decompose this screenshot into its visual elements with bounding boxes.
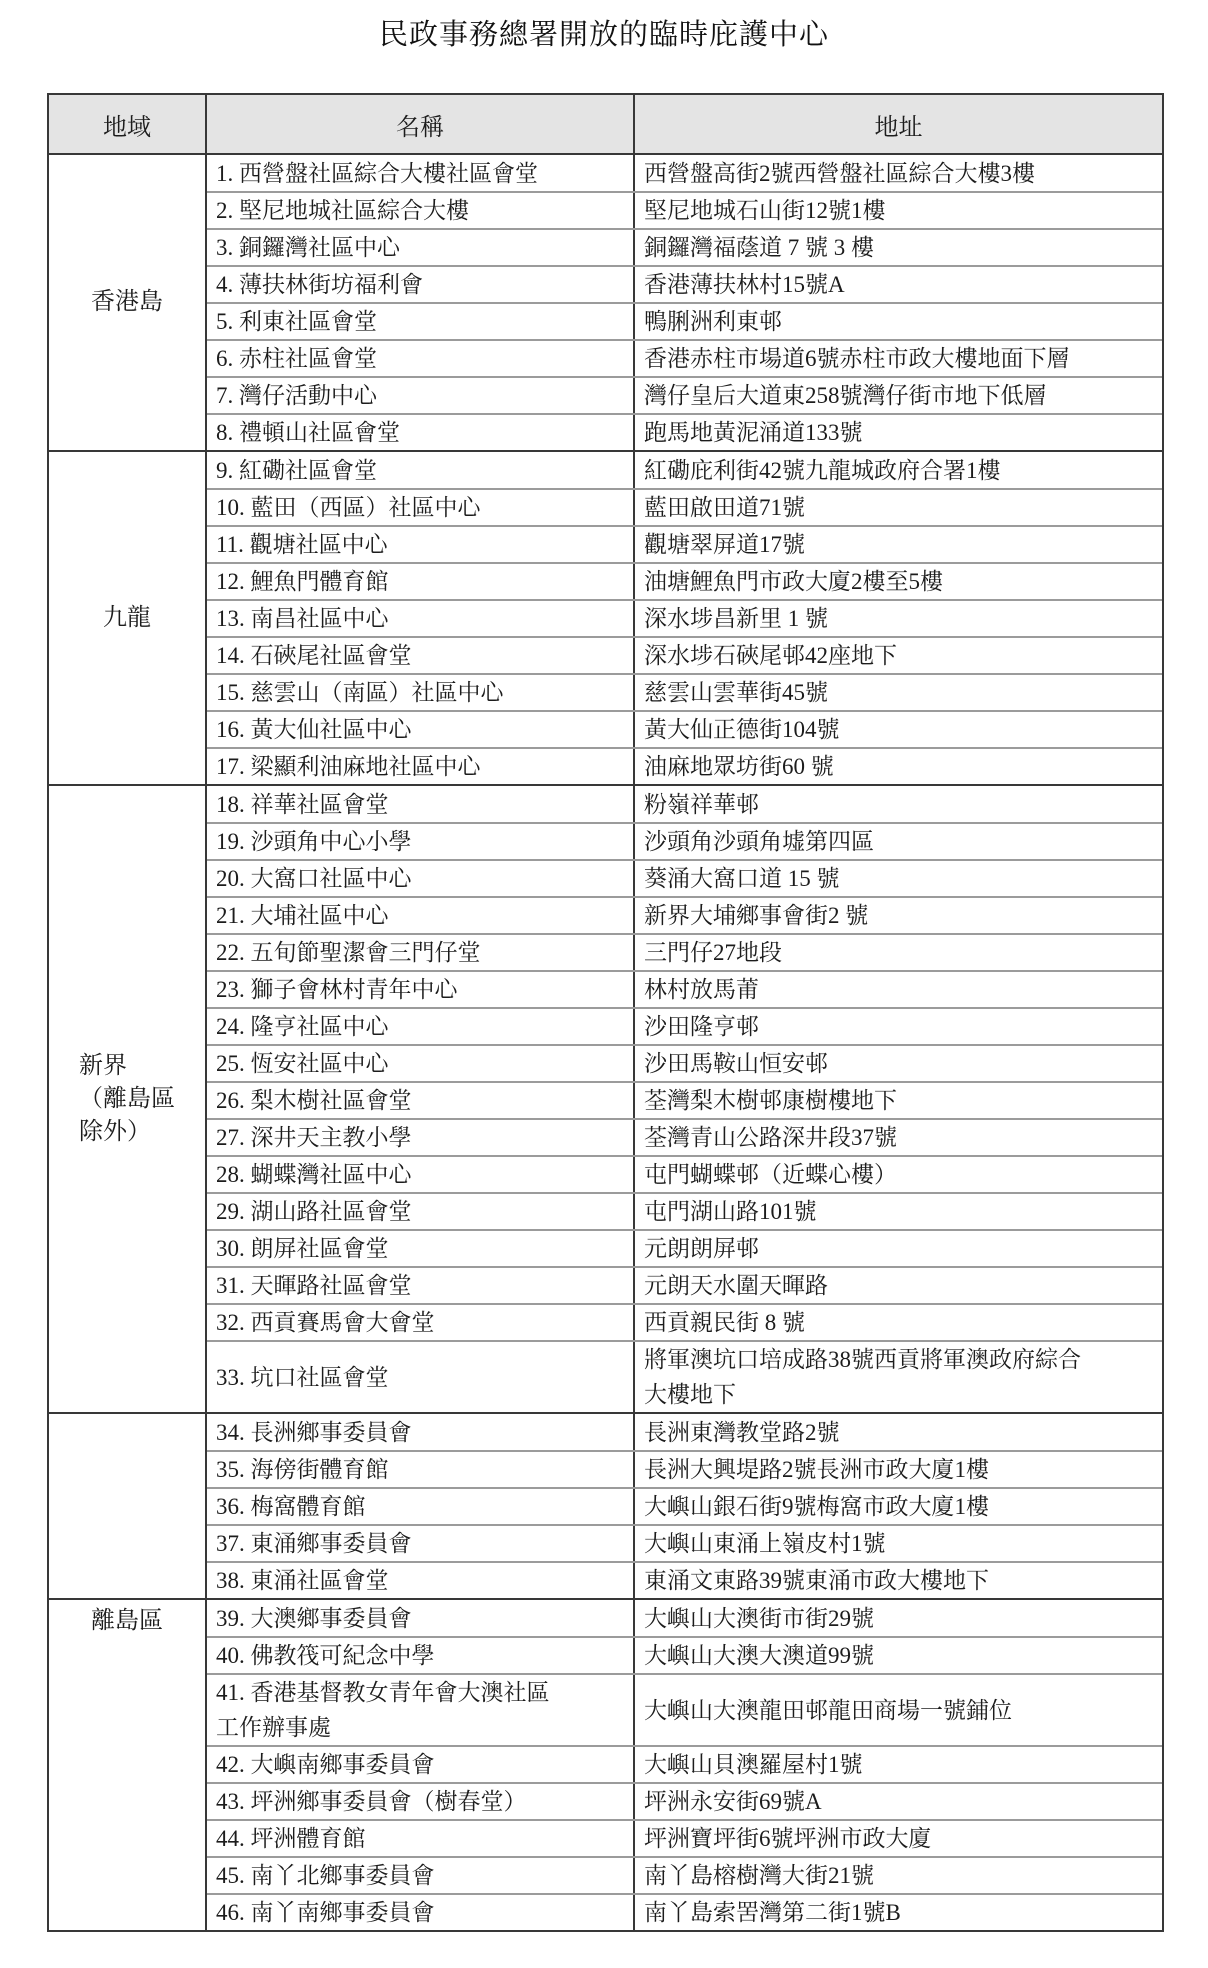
table-row: 35. 海傍街體育館長洲大興堤路2號長洲市政大廈1樓 xyxy=(207,1450,1162,1487)
address-cell: 元朗朗屏邨 xyxy=(635,1231,1162,1266)
table-row: 7. 灣仔活動中心灣仔皇后大道東258號灣仔街市地下低層 xyxy=(207,376,1162,413)
table-row: 19. 沙頭角中心小學沙頭角沙頭角墟第四區 xyxy=(207,822,1162,859)
table-row: 11. 觀塘社區中心觀塘翠屏道17號 xyxy=(207,525,1162,562)
name-cell: 41. 香港基督教女青年會大澳社區 工作辦事處 xyxy=(207,1675,635,1745)
address-cell: 坪洲永安街69號A xyxy=(635,1784,1162,1819)
address-cell: 香港赤柱市場道6號赤柱市政大樓地面下層 xyxy=(635,341,1162,376)
section-kowloon: 九龍 9. 紅磡社區會堂紅磡庇利街42號九龍城政府合署1樓 10. 藍田（西區）… xyxy=(49,450,1162,784)
name-cell: 46. 南丫南鄉事委員會 xyxy=(207,1895,635,1930)
table-row: 16. 黃大仙社區中心黃大仙正德街104號 xyxy=(207,710,1162,747)
table-row: 30. 朗屏社區會堂元朗朗屏邨 xyxy=(207,1229,1162,1266)
table-row: 6. 赤柱社區會堂香港赤柱市場道6號赤柱市政大樓地面下層 xyxy=(207,339,1162,376)
header-cell-name: 名稱 xyxy=(207,95,635,153)
address-cell: 觀塘翠屏道17號 xyxy=(635,527,1162,562)
name-cell: 19. 沙頭角中心小學 xyxy=(207,824,635,859)
table-row: 20. 大窩口社區中心葵涌大窩口道 15 號 xyxy=(207,859,1162,896)
table-row: 17. 梁顯利油麻地社區中心油麻地眾坊街60 號 xyxy=(207,747,1162,784)
header-cell-address: 地址 xyxy=(635,95,1162,153)
name-cell: 16. 黃大仙社區中心 xyxy=(207,712,635,747)
address-cell: 林村放馬莆 xyxy=(635,972,1162,1007)
address-cell: 粉嶺祥華邨 xyxy=(635,786,1162,822)
name-cell: 13. 南昌社區中心 xyxy=(207,601,635,636)
address-cell: 藍田啟田道71號 xyxy=(635,490,1162,525)
address-cell: 深水埗昌新里 1 號 xyxy=(635,601,1162,636)
name-cell: 43. 坪洲鄉事委員會（樹春堂） xyxy=(207,1784,635,1819)
name-cell: 2. 堅尼地城社區綜合大樓 xyxy=(207,193,635,228)
address-cell: 油塘鯉魚門市政大廈2樓至5樓 xyxy=(635,564,1162,599)
table-row: 13. 南昌社區中心深水埗昌新里 1 號 xyxy=(207,599,1162,636)
address-cell: 南丫島榕樹灣大街21號 xyxy=(635,1858,1162,1893)
name-cell: 6. 赤柱社區會堂 xyxy=(207,341,635,376)
name-cell: 3. 銅鑼灣社區中心 xyxy=(207,230,635,265)
name-cell: 45. 南丫北鄉事委員會 xyxy=(207,1858,635,1893)
address-cell: 大嶼山貝澳羅屋村1號 xyxy=(635,1747,1162,1782)
name-cell: 5. 利東社區會堂 xyxy=(207,304,635,339)
table-row: 5. 利東社區會堂鴨脷洲利東邨 xyxy=(207,302,1162,339)
table-row: 15. 慈雲山（南區）社區中心慈雲山雲華街45號 xyxy=(207,673,1162,710)
name-cell: 39. 大澳鄉事委員會 xyxy=(207,1600,635,1636)
name-cell: 33. 坑口社區會堂 xyxy=(207,1342,635,1412)
address-cell: 堅尼地城石山街12號1樓 xyxy=(635,193,1162,228)
address-cell: 屯門蝴蝶邨（近蝶心樓） xyxy=(635,1157,1162,1192)
table-row: 10. 藍田（西區）社區中心藍田啟田道71號 xyxy=(207,488,1162,525)
name-cell: 23. 獅子會林村青年中心 xyxy=(207,972,635,1007)
address-cell: 新界大埔鄉事會街2 號 xyxy=(635,898,1162,933)
name-cell: 37. 東涌鄉事委員會 xyxy=(207,1526,635,1561)
table-row: 3. 銅鑼灣社區中心銅鑼灣福蔭道 7 號 3 樓 xyxy=(207,228,1162,265)
name-cell: 29. 湖山路社區會堂 xyxy=(207,1194,635,1229)
name-cell: 40. 佛教筏可紀念中學 xyxy=(207,1638,635,1673)
name-cell: 42. 大嶼南鄉事委員會 xyxy=(207,1747,635,1782)
table-row: 4. 薄扶林街坊福利會香港薄扶林村15號A xyxy=(207,265,1162,302)
name-cell: 21. 大埔社區中心 xyxy=(207,898,635,933)
address-cell: 屯門湖山路101號 xyxy=(635,1194,1162,1229)
name-cell: 18. 祥華社區會堂 xyxy=(207,786,635,822)
table-row: 37. 東涌鄉事委員會大嶼山東涌上嶺皮村1號 xyxy=(207,1524,1162,1561)
section-hong-kong-island: 香港島 1. 西營盤社區綜合大樓社區會堂西營盤高街2號西營盤社區綜合大樓3樓 2… xyxy=(49,155,1162,450)
address-cell: 油麻地眾坊街60 號 xyxy=(635,749,1162,784)
name-cell: 27. 深井天主教小學 xyxy=(207,1120,635,1155)
address-cell: 沙頭角沙頭角墟第四區 xyxy=(635,824,1162,859)
address-cell: 沙田馬鞍山恒安邨 xyxy=(635,1046,1162,1081)
address-cell: 荃灣青山公路深井段37號 xyxy=(635,1120,1162,1155)
table-row: 9. 紅磡社區會堂紅磡庇利街42號九龍城政府合署1樓 xyxy=(207,452,1162,488)
table-row: 36. 梅窩體育館大嶼山銀石街9號梅窩市政大廈1樓 xyxy=(207,1487,1162,1524)
name-cell: 44. 坪洲體育館 xyxy=(207,1821,635,1856)
address-cell: 灣仔皇后大道東258號灣仔街市地下低層 xyxy=(635,378,1162,413)
table-row: 21. 大埔社區中心新界大埔鄉事會街2 號 xyxy=(207,896,1162,933)
name-cell: 28. 蝴蝶灣社區中心 xyxy=(207,1157,635,1192)
section-new-territories: 新界 （離島區 除外） 18. 祥華社區會堂粉嶺祥華邨 19. 沙頭角中心小學沙… xyxy=(49,784,1162,1412)
address-cell: 長洲大興堤路2號長洲市政大廈1樓 xyxy=(635,1452,1162,1487)
region-cell: 香港島 xyxy=(49,155,207,450)
section-islands-upper: 34. 長洲鄉事委員會長洲東灣教堂路2號 35. 海傍街體育館長洲大興堤路2號長… xyxy=(49,1412,1162,1598)
address-cell: 慈雲山雲華街45號 xyxy=(635,675,1162,710)
table-row: 31. 天暉路社區會堂元朗天水圍天暉路 xyxy=(207,1266,1162,1303)
header-cell-region: 地域 xyxy=(49,95,207,153)
table-row: 23. 獅子會林村青年中心林村放馬莆 xyxy=(207,970,1162,1007)
table-row: 25. 恆安社區中心沙田馬鞍山恒安邨 xyxy=(207,1044,1162,1081)
name-cell: 34. 長洲鄉事委員會 xyxy=(207,1414,635,1450)
address-cell: 大嶼山銀石街9號梅窩市政大廈1樓 xyxy=(635,1489,1162,1524)
name-cell: 36. 梅窩體育館 xyxy=(207,1489,635,1524)
name-cell: 25. 恆安社區中心 xyxy=(207,1046,635,1081)
table-row: 1. 西營盤社區綜合大樓社區會堂西營盤高街2號西營盤社區綜合大樓3樓 xyxy=(207,155,1162,191)
table-row: 26. 梨木樹社區會堂荃灣梨木樹邨康樹樓地下 xyxy=(207,1081,1162,1118)
table-row: 45. 南丫北鄉事委員會南丫島榕樹灣大街21號 xyxy=(207,1856,1162,1893)
name-cell: 22. 五旬節聖潔會三門仔堂 xyxy=(207,935,635,970)
table-row: 29. 湖山路社區會堂屯門湖山路101號 xyxy=(207,1192,1162,1229)
address-cell: 將軍澳坑口培成路38號西貢將軍澳政府綜合 大樓地下 xyxy=(635,1342,1162,1412)
table-row: 34. 長洲鄉事委員會長洲東灣教堂路2號 xyxy=(207,1414,1162,1450)
name-cell: 15. 慈雲山（南區）社區中心 xyxy=(207,675,635,710)
address-cell: 西貢親民街 8 號 xyxy=(635,1305,1162,1340)
table-row: 28. 蝴蝶灣社區中心屯門蝴蝶邨（近蝶心樓） xyxy=(207,1155,1162,1192)
address-cell: 大嶼山大澳街市街29號 xyxy=(635,1600,1162,1636)
address-cell: 紅磡庇利街42號九龍城政府合署1樓 xyxy=(635,452,1162,488)
table-row: 2. 堅尼地城社區綜合大樓堅尼地城石山街12號1樓 xyxy=(207,191,1162,228)
address-cell: 鴨脷洲利東邨 xyxy=(635,304,1162,339)
table-row: 8. 禮頓山社區會堂跑馬地黃泥涌道133號 xyxy=(207,413,1162,450)
table-row: 39. 大澳鄉事委員會大嶼山大澳街市街29號 xyxy=(207,1600,1162,1636)
address-cell: 荃灣梨木樹邨康樹樓地下 xyxy=(635,1083,1162,1118)
table-row: 42. 大嶼南鄉事委員會大嶼山貝澳羅屋村1號 xyxy=(207,1745,1162,1782)
table-row: 41. 香港基督教女青年會大澳社區 工作辦事處大嶼山大澳龍田邨龍田商場一號鋪位 xyxy=(207,1673,1162,1745)
name-cell: 8. 禮頓山社區會堂 xyxy=(207,415,635,450)
address-cell: 深水埗石硤尾邨42座地下 xyxy=(635,638,1162,673)
document-page: 民政事務總署開放的臨時庇護中心 地域 名稱 地址 香港島 1. 西營盤社區綜合大… xyxy=(0,0,1208,1968)
table-row: 18. 祥華社區會堂粉嶺祥華邨 xyxy=(207,786,1162,822)
address-cell: 長洲東灣教堂路2號 xyxy=(635,1414,1162,1450)
name-cell: 14. 石硤尾社區會堂 xyxy=(207,638,635,673)
table-row: 14. 石硤尾社區會堂深水埗石硤尾邨42座地下 xyxy=(207,636,1162,673)
address-cell: 元朗天水圍天暉路 xyxy=(635,1268,1162,1303)
name-cell: 30. 朗屏社區會堂 xyxy=(207,1231,635,1266)
table-row: 43. 坪洲鄉事委員會（樹春堂）坪洲永安街69號A xyxy=(207,1782,1162,1819)
table-row: 27. 深井天主教小學荃灣青山公路深井段37號 xyxy=(207,1118,1162,1155)
address-cell: 三門仔27地段 xyxy=(635,935,1162,970)
name-cell: 1. 西營盤社區綜合大樓社區會堂 xyxy=(207,155,635,191)
address-cell: 跑馬地黃泥涌道133號 xyxy=(635,415,1162,450)
address-cell: 南丫島索罟灣第二街1號B xyxy=(635,1895,1162,1930)
region-cell: 九龍 xyxy=(49,452,207,784)
address-cell: 坪洲寶坪街6號坪洲市政大廈 xyxy=(635,1821,1162,1856)
name-cell: 11. 觀塘社區中心 xyxy=(207,527,635,562)
table-row: 46. 南丫南鄉事委員會南丫島索罟灣第二街1號B xyxy=(207,1893,1162,1930)
table-row: 12. 鯉魚門體育館油塘鯉魚門市政大廈2樓至5樓 xyxy=(207,562,1162,599)
table-row: 38. 東涌社區會堂東涌文東路39號東涌市政大樓地下 xyxy=(207,1561,1162,1598)
address-cell: 西營盤高街2號西營盤社區綜合大樓3樓 xyxy=(635,155,1162,191)
name-cell: 7. 灣仔活動中心 xyxy=(207,378,635,413)
name-cell: 38. 東涌社區會堂 xyxy=(207,1563,635,1598)
section-islands: 離島區 39. 大澳鄉事委員會大嶼山大澳街市街29號 40. 佛教筏可紀念中學大… xyxy=(49,1598,1162,1930)
name-cell: 12. 鯉魚門體育館 xyxy=(207,564,635,599)
table-row: 24. 隆亨社區中心沙田隆亨邨 xyxy=(207,1007,1162,1044)
address-cell: 東涌文東路39號東涌市政大樓地下 xyxy=(635,1563,1162,1598)
name-cell: 10. 藍田（西區）社區中心 xyxy=(207,490,635,525)
region-cell: 離島區 xyxy=(49,1600,207,1930)
address-cell: 大嶼山大澳大澳道99號 xyxy=(635,1638,1162,1673)
table-row: 33. 坑口社區會堂將軍澳坑口培成路38號西貢將軍澳政府綜合 大樓地下 xyxy=(207,1340,1162,1412)
name-cell: 9. 紅磡社區會堂 xyxy=(207,452,635,488)
name-cell: 20. 大窩口社區中心 xyxy=(207,861,635,896)
address-cell: 大嶼山大澳龍田邨龍田商場一號鋪位 xyxy=(635,1675,1162,1745)
address-cell: 葵涌大窩口道 15 號 xyxy=(635,861,1162,896)
name-cell: 35. 海傍街體育館 xyxy=(207,1452,635,1487)
page-title: 民政事務總署開放的臨時庇護中心 xyxy=(0,18,1208,52)
name-cell: 31. 天暉路社區會堂 xyxy=(207,1268,635,1303)
table-row: 22. 五旬節聖潔會三門仔堂三門仔27地段 xyxy=(207,933,1162,970)
region-cell xyxy=(49,1414,207,1598)
region-cell: 新界 （離島區 除外） xyxy=(49,786,207,1412)
name-cell: 4. 薄扶林街坊福利會 xyxy=(207,267,635,302)
table-row: 40. 佛教筏可紀念中學大嶼山大澳大澳道99號 xyxy=(207,1636,1162,1673)
table-row: 32. 西貢賽馬會大會堂西貢親民街 8 號 xyxy=(207,1303,1162,1340)
name-cell: 32. 西貢賽馬會大會堂 xyxy=(207,1305,635,1340)
name-cell: 17. 梁顯利油麻地社區中心 xyxy=(207,749,635,784)
table-header-row: 地域 名稱 地址 xyxy=(49,95,1162,155)
address-cell: 香港薄扶林村15號A xyxy=(635,267,1162,302)
name-cell: 26. 梨木樹社區會堂 xyxy=(207,1083,635,1118)
address-cell: 沙田隆亨邨 xyxy=(635,1009,1162,1044)
address-cell: 銅鑼灣福蔭道 7 號 3 樓 xyxy=(635,230,1162,265)
address-cell: 黃大仙正德街104號 xyxy=(635,712,1162,747)
table-row: 44. 坪洲體育館坪洲寶坪街6號坪洲市政大廈 xyxy=(207,1819,1162,1856)
name-cell: 24. 隆亨社區中心 xyxy=(207,1009,635,1044)
shelters-table: 地域 名稱 地址 香港島 1. 西營盤社區綜合大樓社區會堂西營盤高街2號西營盤社… xyxy=(47,93,1164,1932)
address-cell: 大嶼山東涌上嶺皮村1號 xyxy=(635,1526,1162,1561)
